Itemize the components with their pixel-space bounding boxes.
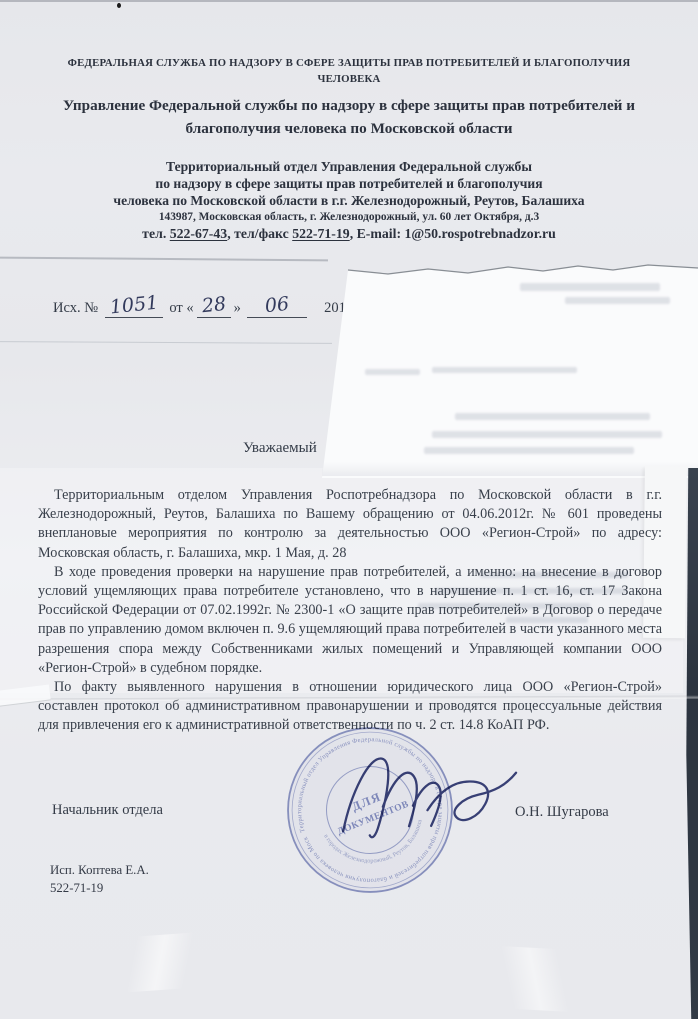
outgoing-reference-line: Исх. № 1051 от «28» 06 2012г — [53, 295, 359, 318]
executor-phone: 522-71-19 — [50, 881, 103, 896]
ghost-text-bleedthrough — [424, 447, 634, 454]
ghost-text-bleedthrough — [520, 283, 660, 291]
territorial-line2: по надзору в сфере защиты прав потребите… — [39, 175, 659, 192]
postal-address: 143987, Московская область, г. Железнодо… — [39, 211, 659, 223]
executor-name: Исп. Коптева Е.А. — [50, 863, 149, 878]
handwritten-month: 06 — [264, 293, 290, 317]
territorial-line1: Территориальный отдел Управления Федерал… — [39, 158, 659, 175]
management-line2: благополучия человека по Московской обла… — [29, 117, 669, 140]
org-name-header: ФЕДЕРАЛЬНАЯ СЛУЖБА ПО НАДЗОРУ В СФЕРЕ ЗА… — [39, 55, 659, 87]
org-name-line1: ФЕДЕРАЛЬНАЯ СЛУЖБА ПО НАДЗОРУ В СФЕРЕ ЗА… — [39, 55, 659, 71]
handwritten-ref-number: 1051 — [108, 292, 158, 319]
ref-month-blank: 06 — [247, 295, 307, 318]
territorial-line3: человека по Московской области в г.г. Же… — [39, 192, 659, 209]
email-label: , E-mail: — [350, 226, 405, 241]
management-line1: Управление Федеральной службы по надзору… — [29, 94, 669, 117]
signer-position: Начальник отдела — [52, 802, 163, 819]
ref-day-blank: 28 — [197, 295, 231, 318]
ghost-text-bleedthrough — [455, 413, 650, 420]
ghost-text-bleedthrough — [365, 369, 420, 375]
ref-quote-close: » — [234, 300, 241, 316]
fold-crease — [0, 257, 328, 261]
org-name-line2: ЧЕЛОВЕКА — [39, 71, 659, 87]
ref-number-blank: 1051 — [105, 295, 163, 318]
fold-crease — [369, 939, 698, 1018]
ghost-text-bleedthrough — [565, 297, 670, 304]
greeting-text: Уважаемый — [243, 440, 317, 457]
ghost-text-bleedthrough — [432, 431, 662, 438]
email-address: 1@50.rospotrebnadzor.ru — [404, 226, 555, 241]
management-header: Управление Федеральной службы по надзору… — [29, 94, 669, 140]
fax-label: , тел/факс — [227, 226, 292, 241]
tel-label: тел. — [142, 226, 170, 241]
staple-dot — [117, 3, 121, 8]
ref-from-label: от « — [169, 300, 193, 316]
handwritten-signature — [321, 730, 537, 863]
fax-number: 522-71-19 — [292, 226, 349, 241]
territorial-department-header: Территориальный отдел Управления Федерал… — [39, 158, 659, 209]
tel-number: 522-67-43 — [170, 226, 227, 241]
handwritten-day: 28 — [200, 293, 226, 317]
slip-bottom-fade — [322, 462, 698, 476]
scanned-letter-page: ФЕДЕРАЛЬНАЯ СЛУЖБА ПО НАДЗОРУ В СФЕРЕ ЗА… — [0, 0, 698, 1019]
contacts-line: тел. 522-67-43, тел/факс 522-71-19, E-ma… — [39, 226, 659, 242]
ghost-text-bleedthrough — [432, 367, 577, 373]
body-paragraph-2: В ходе проведения проверки на нарушение … — [38, 563, 662, 678]
signature-stroke — [336, 745, 521, 841]
body-paragraph-1: Территориальным отделом Управления Роспо… — [38, 486, 662, 563]
fold-crease — [0, 923, 332, 1002]
fold-crease — [0, 341, 332, 344]
ref-label: Исх. № — [53, 300, 98, 316]
scan-top-edge-shadow — [0, 0, 698, 2]
